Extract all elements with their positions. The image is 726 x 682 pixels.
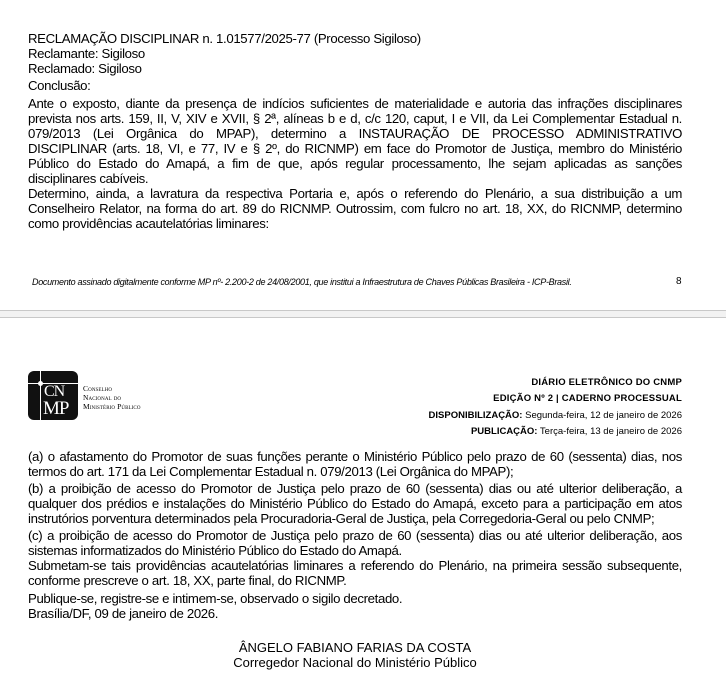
paragraph-line: Conselheiro Relator, na forma do art. 89… (28, 201, 682, 216)
item-line: (a) o afastamento do Promotor de suas fu… (28, 449, 682, 464)
page-separator (0, 310, 726, 318)
reclamado: Reclamado: Sigiloso (28, 61, 142, 76)
paragraph-line: Ante o exposto, diante da presença de in… (28, 96, 682, 111)
cnmp-logo: CN MP (28, 371, 78, 420)
paragraph-line: DISCIPLINAR (arts. 18, VI, e 77, IV e § … (28, 141, 682, 156)
item-c: (c) a proibição de acesso do Promotor de… (28, 528, 682, 558)
publish-order: Publique-se, registre-se e intimem-se, o… (28, 591, 402, 606)
place-date: Brasília/DF, 09 de janeiro de 2026. (28, 606, 218, 621)
signer-name: ÂNGELO FABIANO FARIAS DA COSTA (0, 640, 710, 655)
logo-crosshair-dot (38, 381, 43, 386)
signer-role: Corregedor Nacional do Ministério Públic… (0, 655, 710, 670)
publication-date: PUBLICAÇÃO: Terça-feira, 13 de janeiro d… (429, 424, 682, 440)
document-page-8: RECLAMAÇÃO DISCIPLINAR n. 1.01577/2025-7… (0, 0, 726, 310)
submit-paragraph: Submetam-se tais providências acautelató… (28, 558, 682, 588)
logo-initials-bottom: MP (43, 399, 68, 418)
logo-text-line: Ministério Público (83, 402, 141, 411)
item-line: qualquer dos prédios e instalações do Mi… (28, 496, 682, 511)
paragraph-line: como providências acautelatórias liminar… (28, 216, 269, 231)
availability-date: DISPONIBILIZAÇÃO: Segunda-feira, 12 de j… (429, 408, 682, 424)
case-heading: RECLAMAÇÃO DISCIPLINAR n. 1.01577/2025-7… (28, 31, 421, 46)
logo-crosshair-vertical (40, 371, 41, 420)
conclusion-label: Conclusão: (28, 78, 90, 93)
paragraph-line: prevista nos arts. 159, II, V, XIV e XVI… (28, 111, 682, 126)
paragraph-line: Determino, ainda, a lavratura da respect… (28, 186, 682, 201)
item-line: (b) a proibição de acesso do Promotor de… (28, 481, 682, 496)
paragraph-line: Público do Estado do Amapá, a fim de que… (28, 156, 682, 171)
closing: Publique-se, registre-se e intimem-se, o… (28, 591, 682, 621)
journal-title: DIÁRIO ELETRÔNICO DO CNMP (429, 375, 682, 391)
document-page-9: CN MP Conselho Nacional do Ministério Pú… (0, 318, 726, 682)
paragraph-line: disciplinares cabíveis. (28, 171, 148, 186)
logo-text: Conselho Nacional do Ministério Público (83, 384, 141, 411)
reclamante: Reclamante: Sigiloso (28, 46, 145, 61)
availability-label: DISPONIBILIZAÇÃO: (429, 410, 523, 421)
paragraph-line: 079/2013 (Lei Orgânica do MPAP), determi… (28, 126, 682, 141)
publication-value: Terça-feira, 13 de janeiro de 2026 (537, 426, 682, 437)
item-line: sistemas informatizados do Ministério Pú… (28, 543, 402, 558)
determination-paragraph: Determino, ainda, a lavratura da respect… (28, 186, 682, 231)
conclusion-paragraph: Ante o exposto, diante da presença de in… (28, 96, 682, 186)
paragraph-line: conforme prescreve o art. 18, XX, parte … (28, 573, 346, 588)
item-line: termos do art. 171 da Lei Complementar E… (28, 464, 513, 479)
availability-value: Segunda-feira, 12 de janeiro de 2026 (522, 410, 682, 421)
logo-text-line: Nacional do (83, 393, 141, 402)
journal-masthead: DIÁRIO ELETRÔNICO DO CNMP EDIÇÃO Nº 2 | … (429, 375, 682, 440)
publication-label: PUBLICAÇÃO: (471, 426, 538, 437)
logo-text-line: Conselho (83, 384, 141, 393)
page-number: 8 (676, 276, 682, 287)
case-header: RECLAMAÇÃO DISCIPLINAR n. 1.01577/2025-7… (28, 31, 682, 93)
edition-info: EDIÇÃO Nº 2 | CADERNO PROCESSUAL (429, 391, 682, 407)
item-line: instrutórios porventura determinados pel… (28, 511, 654, 526)
item-a: (a) o afastamento do Promotor de suas fu… (28, 449, 682, 479)
digital-signature-note: Documento assinado digitalmente conforme… (32, 277, 572, 287)
item-b: (b) a proibição de acesso do Promotor de… (28, 481, 682, 526)
paragraph-line: Submetam-se tais providências acautelató… (28, 558, 682, 573)
item-line: (c) a proibição de acesso do Promotor de… (28, 528, 682, 543)
